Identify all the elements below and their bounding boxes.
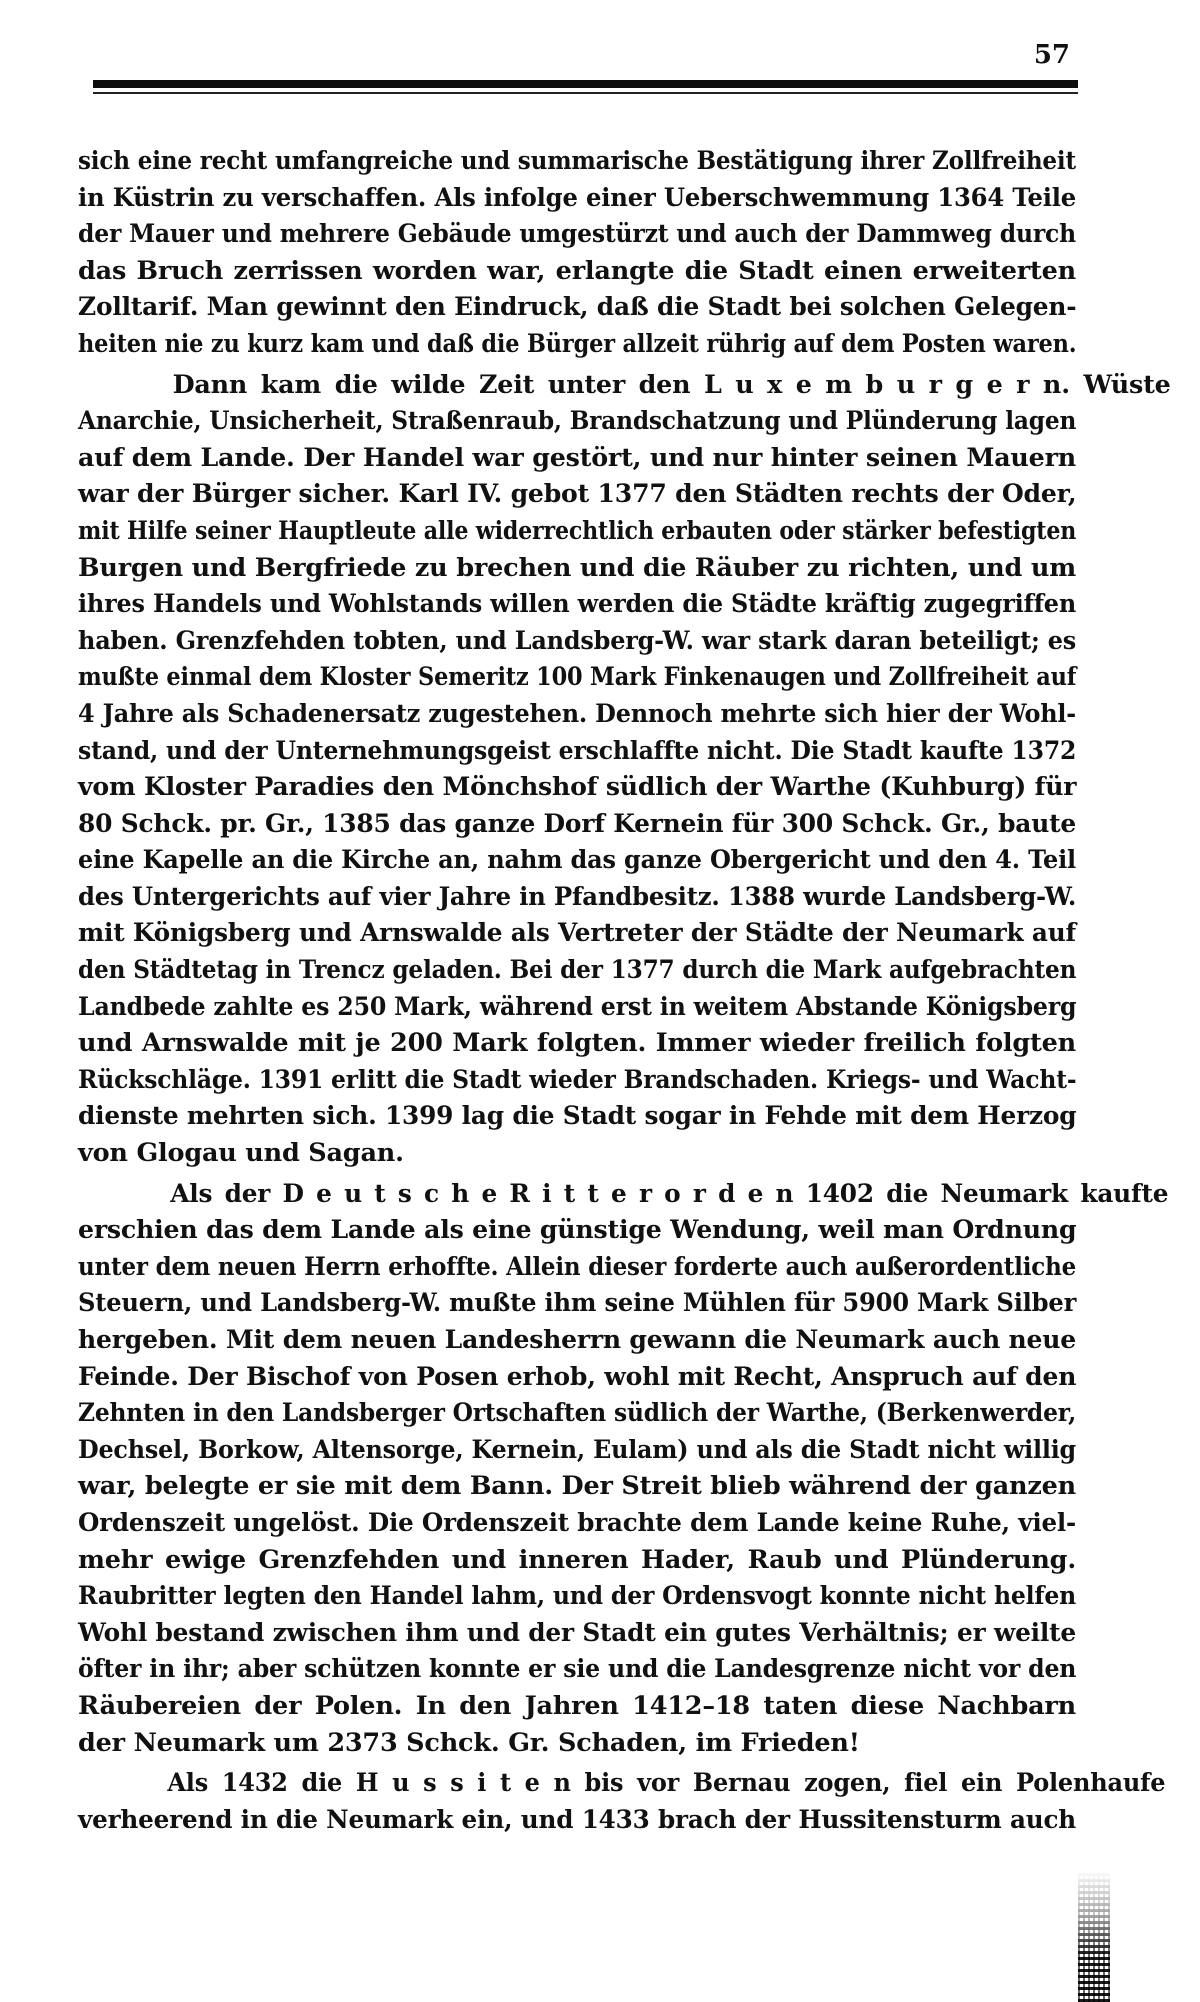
text-line: Zolltarif. Man gewinnt den Eindruck, daß… [78, 289, 1076, 326]
text-line: unter dem neuen Herrn erhoffte. Allein d… [78, 1249, 1076, 1286]
text-line: Als 1432 die H u s s i t e n bis vor Ber… [78, 1765, 1165, 1802]
text-line: öfter in ihr; aber schützen konnte er si… [78, 1651, 1076, 1688]
text-line: Zehnten in den Landsberger Ortschaften s… [78, 1395, 1076, 1432]
page-number: 57 [1010, 40, 1070, 70]
text-line: der Neumark um 2373 Schck. Gr. Schaden, … [78, 1725, 1076, 1762]
header-rule-thick [93, 80, 1078, 88]
text-line: Wohl bestand zwischen ihm und der Stadt … [78, 1615, 1076, 1652]
text-line: Als der D e u t s c h e R i t t e r o r … [78, 1176, 1168, 1213]
text-line: mit Hilfe seiner Hauptleute alle widerre… [78, 513, 1076, 550]
paragraph-3: Als der D e u t s c h e R i t t e r o r … [78, 1176, 1076, 1762]
header-rule-thin [93, 92, 1078, 94]
text-line: war der Bürger sicher. Karl IV. gebot 13… [78, 476, 1076, 513]
text-line: Rückschläge. 1391 erlitt die Stadt wiede… [78, 1062, 1076, 1099]
text-line: Ordenszeit ungelöst. Die Ordenszeit brac… [78, 1505, 1076, 1542]
text-line: 4 Jahre als Schadenersatz zugestehen. De… [78, 696, 1076, 733]
paragraph-4: Als 1432 die H u s s i t e n bis vor Ber… [78, 1765, 1076, 1838]
text-line: und Arnswalde mit je 200 Mark folgten. I… [78, 1025, 1076, 1062]
text-line: in Küstrin zu verschaffen. Als infolge e… [78, 180, 1076, 217]
scan-artifact [1078, 1870, 1110, 2002]
body-text: sich eine recht umfangreiche und summari… [78, 143, 1076, 1838]
text-line: Feinde. Der Bischof von Posen erhob, woh… [78, 1359, 1076, 1396]
text-line: sich eine recht umfangreiche und summari… [78, 143, 1076, 180]
text-line: vom Kloster Paradies den Mönchshof südli… [78, 769, 1076, 806]
text-line: Anarchie, Unsicherheit, Straßenraub, Bra… [78, 403, 1076, 440]
text-line: heiten nie zu kurz kam und daß die Bürge… [78, 326, 1076, 363]
text-line: Räubereien der Polen. In den Jahren 1412… [78, 1688, 1076, 1725]
text-line: des Untergerichts auf vier Jahre in Pfan… [78, 879, 1076, 916]
text-line: war, belegte er sie mit dem Bann. Der St… [78, 1468, 1076, 1505]
text-line: den Städtetag in Trencz geladen. Bei der… [78, 952, 1076, 989]
paragraph-1: sich eine recht umfangreiche und summari… [78, 143, 1076, 363]
text-line: dienste mehrten sich. 1399 lag die Stadt… [78, 1098, 1076, 1135]
paragraph-2: Dann kam die wilde Zeit unter den L u x … [78, 367, 1076, 1172]
text-line: Raubritter legten den Handel lahm, und d… [78, 1578, 1076, 1615]
text-line: verheerend in die Neumark ein, und 1433 … [78, 1802, 1076, 1839]
text-line: mit Königsberg und Arnswalde als Vertret… [78, 915, 1076, 952]
text-line: 80 Schck. pr. Gr., 1385 das ganze Dorf K… [78, 806, 1076, 843]
text-line: erschien das dem Lande als eine günstige… [78, 1212, 1076, 1249]
text-line: stand, und der Unternehmungsgeist erschl… [78, 733, 1076, 770]
text-line: haben. Grenzfehden tobten, und Landsberg… [78, 623, 1076, 660]
text-line: von Glogau und Sagan. [78, 1135, 1076, 1172]
text-line: auf dem Lande. Der Handel war gestört, u… [78, 440, 1076, 477]
text-line: Burgen und Bergfriede zu brechen und die… [78, 550, 1076, 587]
text-line: Dechsel, Borkow, Altensorge, Kernein, Eu… [78, 1432, 1076, 1469]
text-line: mußte einmal dem Kloster Semeritz 100 Ma… [78, 659, 1076, 696]
text-line: hergeben. Mit dem neuen Landesherrn gewa… [78, 1322, 1076, 1359]
text-line: eine Kapelle an die Kirche an, nahm das … [78, 842, 1076, 879]
text-line: Landbede zahlte es 250 Mark, während ers… [78, 989, 1076, 1026]
text-line: das Bruch zerrissen worden war, erlangte… [78, 253, 1076, 290]
text-line: der Mauer und mehrere Gebäude umgestürzt… [78, 216, 1076, 253]
text-line: ihres Handels und Wohlstands willen werd… [78, 586, 1076, 623]
text-line: mehr ewige Grenzfehden und inneren Hader… [78, 1542, 1076, 1579]
text-line: Steuern, und Landsberg-W. mußte ihm sein… [78, 1285, 1076, 1322]
text-line: Dann kam die wilde Zeit unter den L u x … [78, 367, 1171, 404]
